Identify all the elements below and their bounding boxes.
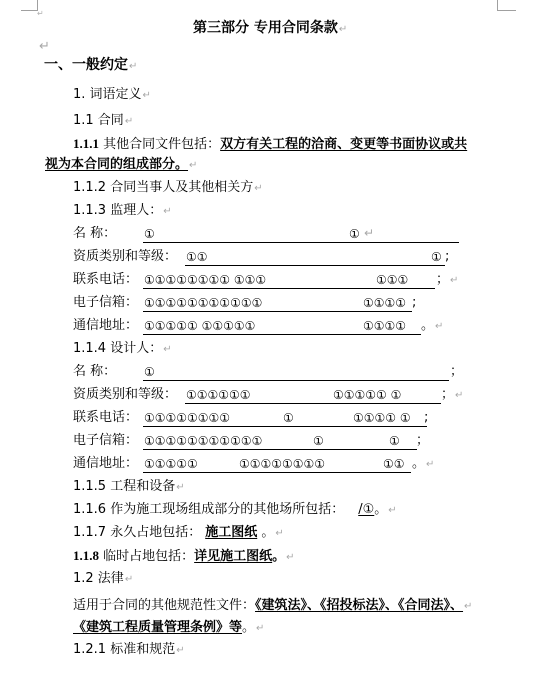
- field-value: ①: [283, 411, 294, 426]
- page-corner-mark-top-right: [497, 0, 516, 11]
- designer-phone-row: 联系电话：: [73, 409, 138, 427]
- field-label: 通信地址：: [73, 318, 138, 333]
- paragraph-mark-icon: ↵: [275, 528, 283, 539]
- field-label: 通信地址：: [73, 456, 138, 471]
- clause-label: 1.1.6 作为施工现场组成部分的其他场所包括：: [73, 502, 344, 517]
- field-label: 电子信箱：: [73, 295, 138, 310]
- clause-1-1-8: 1.1.8 临时占地包括：详见施工图纸。↵: [73, 547, 295, 567]
- field-value: ①: [313, 434, 324, 449]
- clause-1-2-text-continued: 《建筑工程质量管理条例》等。↵: [73, 619, 264, 638]
- punctuation: 。: [242, 620, 255, 635]
- designer-phone-field[interactable]: ①①①①①①①① ① ①①①① ①: [143, 411, 427, 427]
- clause-text: 1.2.1 标准和规范: [73, 642, 175, 657]
- paragraph-mark-icon: ↵: [455, 390, 463, 401]
- punctuation: 。: [412, 456, 425, 471]
- field-value: ①: [349, 227, 360, 242]
- field-label: 电子信箱：: [73, 433, 138, 448]
- clause-1-1-3: 1.1.3 监理人：↵: [73, 202, 172, 221]
- supervisor-name-row: 名 称：: [73, 225, 116, 243]
- paragraph-mark-icon: ↵: [364, 226, 374, 241]
- clause-1-2-1: 1.2.1 标准和规范↵: [73, 641, 185, 660]
- punctuation: 。: [421, 318, 434, 333]
- clause-value[interactable]: 施工图纸: [201, 525, 257, 540]
- supervisor-name-field[interactable]: ① ① ↵: [143, 227, 459, 243]
- punctuation: 。: [257, 525, 274, 540]
- paragraph-mark-icon: ↵: [125, 574, 133, 585]
- clause-1-1-1: 1.1.1 其他合同文件包括：双方有关工程的洽商、变更等书面协议或共: [73, 135, 467, 154]
- supervisor-phone-end: ；↵: [436, 271, 458, 290]
- field-value: ①①①①① ①①①①①: [144, 319, 255, 334]
- paragraph-mark-icon: ↵: [286, 552, 294, 563]
- paragraph-mark-icon: ↵: [464, 601, 472, 612]
- field-label: 联系电话：: [73, 410, 138, 425]
- punctuation: ；: [450, 363, 463, 381]
- paragraph-mark-icon: ↵: [254, 183, 262, 194]
- designer-qualification-field[interactable]: ①①①①①① ①①①①① ①: [185, 388, 441, 404]
- field-value: ①: [431, 250, 442, 265]
- punctuation: ；: [436, 272, 449, 287]
- field-value: ①①①①①①①① ①①①: [144, 273, 266, 288]
- field-value: ①①①①①①: [186, 388, 251, 403]
- designer-email-field[interactable]: ①①①①①①①①①①① ① ①: [143, 434, 417, 450]
- supervisor-email-field[interactable]: ①①①①①①①①①①① ①①①①: [143, 296, 412, 312]
- clause-value: 《建筑法》、《招投标法》、《合同法》、: [255, 598, 463, 613]
- field-value: ①①①①①①①①: [144, 411, 230, 426]
- supervisor-address-row: 通信地址：: [73, 317, 138, 335]
- field-value: ①①①: [376, 273, 408, 288]
- section-heading-text: 一、一般约定: [44, 57, 128, 73]
- page-corner-mark-top-left: [21, 0, 38, 11]
- punctuation: ;: [412, 294, 416, 312]
- section-heading: 一、一般约定↵: [44, 56, 137, 76]
- designer-qualification-row: 资质类别和等级：: [73, 386, 177, 404]
- paragraph-mark-icon: ↵: [256, 623, 264, 634]
- designer-name-row: 名 称：: [73, 363, 116, 381]
- paragraph-mark-icon: ↵: [450, 275, 458, 286]
- clause-value: 《建筑工程质量管理条例》等: [73, 620, 242, 635]
- clause-value[interactable]: 详见施工图纸: [194, 549, 272, 564]
- clause-value[interactable]: /①: [344, 502, 374, 517]
- clause-number: 1.1.8: [73, 548, 99, 563]
- supervisor-phone-row: 联系电话：: [73, 271, 138, 289]
- field-value: ①①①①①: [144, 457, 198, 472]
- punctuation: ；: [416, 432, 429, 450]
- clause-value: 双方有关工程的洽商、变更等书面协议或共: [220, 137, 467, 152]
- clause-label: 临时占地包括：: [99, 549, 194, 564]
- designer-address-field[interactable]: ①①①①① ①①①①①①①① ①①: [143, 457, 411, 473]
- clause-text: 1.1.4 设计人：: [73, 341, 162, 356]
- field-value: ①: [144, 365, 155, 380]
- clause-value: 视为本合同的组成部分。: [45, 157, 188, 172]
- paragraph-mark-icon: ↵: [388, 505, 396, 516]
- field-value: ①: [144, 227, 155, 242]
- supervisor-phone-field[interactable]: ①①①①①①①① ①①① ①①①: [143, 273, 435, 289]
- clause-label: 其他合同文件包括：: [99, 137, 220, 152]
- paragraph-mark-icon: ↵: [39, 39, 50, 54]
- supervisor-email-row: 电子信箱：: [73, 294, 138, 312]
- paragraph-mark-icon: ↵: [163, 344, 171, 355]
- page-title: 第三部分 专用合同条款↵: [193, 19, 347, 39]
- clause-text: 1.1 合同: [73, 113, 124, 128]
- punctuation: ;: [424, 409, 428, 427]
- field-value: ①①①①①①①①①①①: [144, 296, 262, 311]
- clause-1-1-1-continued: 视为本合同的组成部分。↵: [45, 156, 197, 175]
- supervisor-address-end: 。↵: [421, 317, 443, 336]
- field-value: ①①: [383, 457, 405, 472]
- paragraph-mark-icon: ↵: [163, 206, 171, 217]
- paragraph-mark-icon: ↵: [125, 116, 133, 127]
- empty-paragraph: ↵: [38, 38, 50, 56]
- field-value: ①①①①①①①①①①①: [144, 434, 262, 449]
- supervisor-qualification-row: 资质类别和等级：: [73, 248, 177, 266]
- clause-text: 1. 词语定义: [73, 87, 142, 102]
- paragraph-mark-icon: ↵: [426, 459, 434, 470]
- punctuation: 。: [272, 549, 285, 564]
- field-value: ①①①①: [363, 296, 406, 311]
- page-title-text: 第三部分 专用合同条款: [193, 20, 338, 36]
- paragraph-mark-icon: ↵: [129, 61, 137, 72]
- clause-1-1-4: 1.1.4 设计人：↵: [73, 340, 172, 359]
- clause-1: 1. 词语定义↵: [73, 86, 151, 105]
- paragraph-mark-icon: ↵: [37, 9, 44, 18]
- field-value: ①①①①①①①①: [239, 457, 325, 472]
- punctuation: ;: [445, 248, 449, 266]
- field-value: ①: [389, 434, 400, 449]
- designer-address-row: 通信地址：: [73, 455, 138, 473]
- supervisor-qualification-field[interactable]: ①① ①: [185, 250, 445, 266]
- paragraph-mark-icon: ↵: [176, 482, 184, 493]
- field-label: 联系电话：: [73, 272, 138, 287]
- field-label: 名 称：: [73, 226, 116, 241]
- clause-1-1-7: 1.1.7 永久占地包括：施工图纸 。↵: [73, 524, 284, 543]
- paragraph-mark-icon: ↵: [176, 645, 184, 656]
- clause-1-1-2: 1.1.2 合同当事人及其他相关方↵: [73, 179, 263, 198]
- field-value: ①①: [186, 250, 208, 265]
- clause-1-2-text: 适用于合同的其他规范性文件：《建筑法》、《招投标法》、《合同法》、↵: [73, 597, 472, 616]
- clause-label: 1.1.7 永久占地包括：: [73, 525, 201, 540]
- designer-name-field[interactable]: ①: [143, 365, 449, 381]
- clause-text: 1.1.2 合同当事人及其他相关方: [73, 180, 253, 195]
- clause-number: 1.1.1: [73, 136, 99, 151]
- clause-1-2: 1.2 法律↵: [73, 570, 133, 589]
- clause-text: 1.1.3 监理人：: [73, 203, 162, 218]
- clause-label: 适用于合同的其他规范性文件：: [73, 598, 255, 613]
- field-label: 资质类别和等级：: [73, 387, 177, 402]
- punctuation: 。: [374, 502, 387, 517]
- field-value: ①①①① ①: [353, 411, 411, 426]
- designer-qualification-end: ；↵: [441, 386, 463, 405]
- designer-email-row: 电子信箱：: [73, 432, 138, 450]
- field-value: ①①①①: [363, 319, 406, 334]
- field-value: ①①①①① ①: [333, 388, 401, 403]
- paragraph-mark-icon: ↵: [143, 90, 151, 101]
- field-label: 名 称：: [73, 364, 116, 379]
- paragraph-mark-icon: ↵: [339, 24, 347, 35]
- supervisor-address-field[interactable]: ①①①①① ①①①①① ①①①①: [143, 319, 421, 335]
- clause-1-1: 1.1 合同↵: [73, 112, 133, 131]
- clause-text: 1.1.5 工程和设备: [73, 479, 175, 494]
- punctuation: ；: [441, 387, 454, 402]
- clause-1-1-6: 1.1.6 作为施工现场组成部分的其他场所包括：/①。↵: [73, 501, 397, 520]
- clause-text: 1.2 法律: [73, 571, 124, 586]
- paragraph-mark-icon: ↵: [189, 160, 197, 171]
- designer-address-end: 。↵: [412, 455, 434, 474]
- paragraph-mark-icon: ↵: [435, 321, 443, 332]
- field-label: 资质类别和等级：: [73, 249, 177, 264]
- clause-1-1-5: 1.1.5 工程和设备↵: [73, 478, 185, 497]
